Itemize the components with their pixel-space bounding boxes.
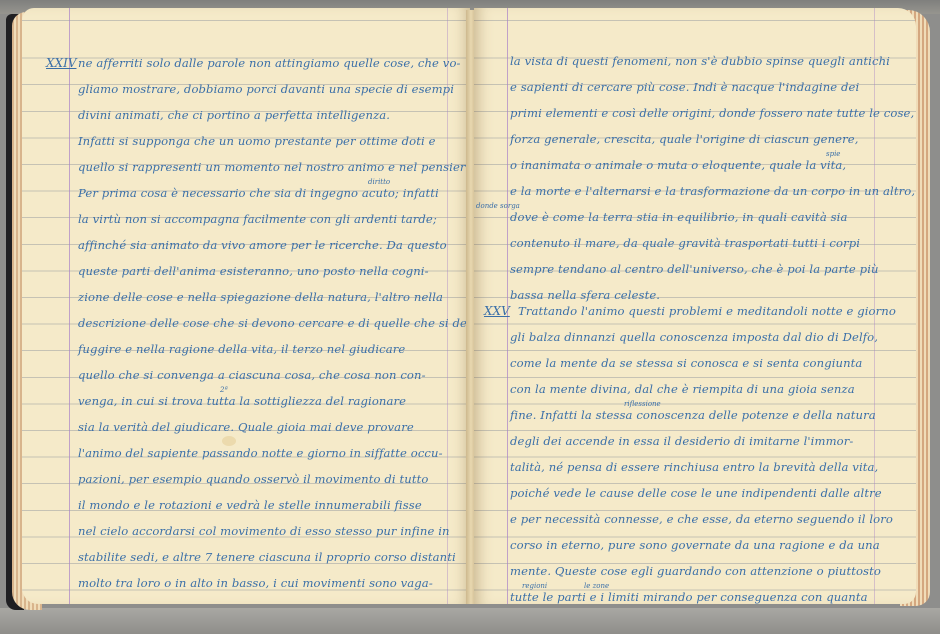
- text-line: con la mente divina, dal che è riempita …: [510, 382, 855, 396]
- text-line: stabilite sedi, e altre 7 tenere ciascun…: [78, 550, 456, 564]
- text-line: Infatti si supponga che un uomo prestant…: [78, 134, 436, 148]
- text-line: dove è come la terra stia in equilibrio,…: [510, 210, 848, 224]
- text-line: forza generale, crescita, quale l'origin…: [510, 132, 859, 146]
- text-line: ne afferriti solo dalle parole non attin…: [78, 56, 461, 70]
- interlinear-note: le zone: [584, 582, 609, 590]
- text-line: divini animati, che ci portino a perfett…: [78, 108, 390, 122]
- text-line: primi elementi e così delle origini, don…: [510, 106, 914, 120]
- right-margin-line: [447, 8, 448, 604]
- text-line: fuggire e nella ragione della vita, il t…: [78, 342, 405, 356]
- text-line: zione delle cose e nella spiegazione del…: [78, 290, 443, 304]
- text-line: venga, in cui si trova tutta la sottigli…: [78, 394, 406, 408]
- text-line: e per necessità connesse, e che esse, da…: [510, 512, 893, 526]
- text-line: gliamo mostrare, dobbiamo porci davanti …: [78, 82, 454, 96]
- right-page: XXV la vista di questi fenomeni, non s'è…: [474, 8, 916, 604]
- interlinear-note: donde sorga: [476, 202, 520, 210]
- interlinear-note: regioni: [522, 582, 547, 590]
- text-line: gli balza dinnanzi quella conoscenza imp…: [510, 330, 878, 344]
- text-line: affinché sia animato da vivo amore per l…: [78, 238, 447, 252]
- section-mark-xxiv: XXIV: [46, 56, 77, 70]
- text-line: molto tra loro o in alto in basso, i cui…: [78, 576, 433, 590]
- text-line: come la mente da se stessa si conosca e …: [510, 356, 862, 370]
- text-line: quello si rappresenti un momento nel nos…: [78, 160, 476, 174]
- text-line: poiché vede le cause delle cose le une i…: [510, 486, 882, 500]
- text-line: e sapienti di cercare più cose. Indi è n…: [510, 80, 859, 94]
- interlinear-note: 2ª: [220, 386, 228, 394]
- left-margin-line: [69, 8, 70, 604]
- text-line: Trattando l'animo questi problemi e medi…: [518, 304, 896, 318]
- text-line: fine. Infatti la stessa conoscenza delle…: [510, 408, 876, 422]
- text-line: o inanimata o animale o muta o eloquente…: [510, 158, 846, 172]
- text-line: queste parti dell'anima esisteranno, uno…: [78, 264, 429, 278]
- text-line: la vista di questi fenomeni, non s'è dub…: [510, 54, 890, 68]
- text-line: descrizione delle cose che si devono cer…: [78, 316, 495, 330]
- left-page: XXIV ne afferriti solo dalle parole non …: [22, 8, 470, 604]
- text-line: pazioni, per esempio quando osservò il m…: [78, 472, 428, 486]
- photo-backdrop-bottom: [0, 608, 940, 634]
- text-line: corso in eterno, pure sono governate da …: [510, 538, 880, 552]
- text-line: talità, né pensa di essere rinchiusa ent…: [510, 460, 878, 474]
- text-line: Per prima cosa è necessario che sia di i…: [78, 186, 439, 200]
- text-line: sia la verità del giudicare. Quale gioia…: [78, 420, 414, 434]
- text-line: sempre tendano al centro dell'universo, …: [510, 262, 879, 276]
- interlinear-note: spie: [826, 150, 840, 158]
- text-line: degli dei accende in essa il desiderio d…: [510, 434, 853, 448]
- section-mark-xxv: XXV: [484, 304, 510, 318]
- text-line: quello che si convenga a ciascuna cosa, …: [78, 368, 426, 382]
- text-line: il mondo e le rotazioni e vedrà le stell…: [78, 498, 422, 512]
- text-line: bassa nella sfera celeste.: [510, 288, 660, 302]
- interlinear-note: diritto: [368, 178, 390, 186]
- text-line: nel cielo accordarsi col movimento di es…: [78, 524, 450, 538]
- text-line: contenuto il mare, da quale gravità tras…: [510, 236, 860, 250]
- ink-stain: [222, 436, 236, 446]
- text-line: tutte le parti e i limiti mirando per co…: [510, 590, 868, 604]
- text-line: mente. Queste cose egli guardando con at…: [510, 564, 881, 578]
- text-line: e la morte e l'alternarsi e la trasforma…: [510, 184, 915, 198]
- text-line: l'animo del sapiente passando notte e gi…: [78, 446, 443, 460]
- text-line: la virtù non si accompagna facilmente co…: [78, 212, 437, 226]
- interlinear-note: riflessione: [624, 400, 661, 408]
